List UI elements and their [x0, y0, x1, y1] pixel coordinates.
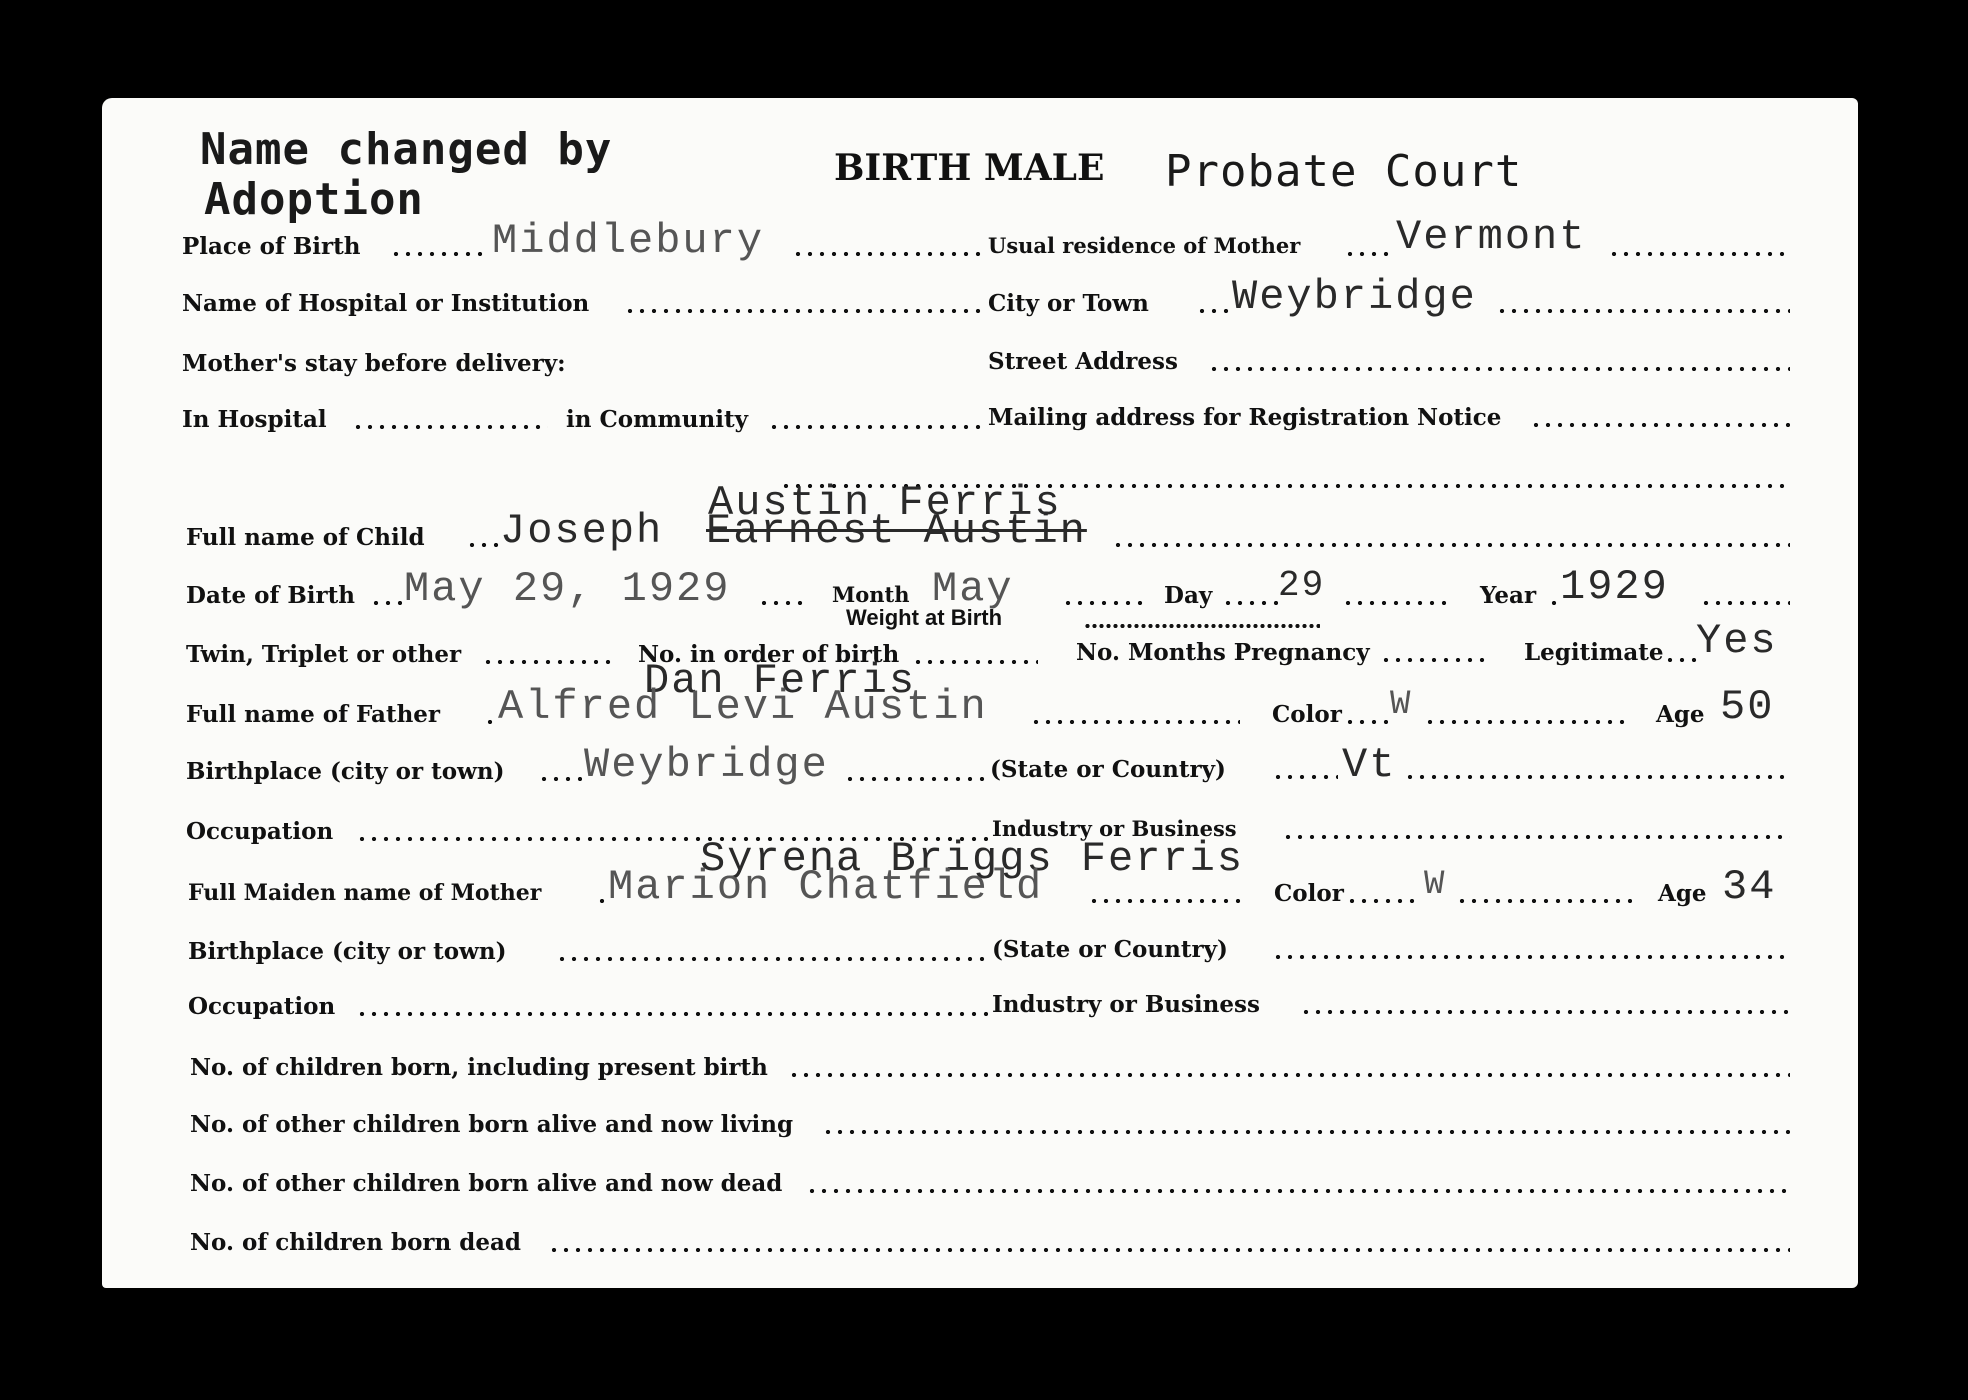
children-born-dead-label: No. of children born dead — [190, 1231, 521, 1254]
day-label: Day — [1164, 584, 1212, 607]
month-value[interactable]: May — [932, 568, 1014, 610]
children-living-label: No. of other children born alive and now… — [190, 1113, 793, 1136]
year-label: Year — [1480, 584, 1536, 607]
father-age-value[interactable]: 50 — [1720, 686, 1774, 728]
mailing-address-label: Mailing address for Registration Notice — [988, 406, 1501, 429]
mother-occupation-label: Occupation — [188, 995, 335, 1018]
father-age-label: Age — [1656, 703, 1705, 726]
mother-color-value[interactable]: W — [1424, 868, 1446, 902]
usual-residence-label: Usual residence of Mother — [988, 235, 1300, 256]
legitimate-label: Legitimate — [1524, 641, 1663, 664]
day-value[interactable]: 29 — [1278, 568, 1325, 604]
father-occupation-label: Occupation — [186, 820, 333, 843]
mother-age-label: Age — [1658, 882, 1707, 905]
father-name-label: Full name of Father — [186, 703, 440, 726]
year-value[interactable]: 1929 — [1560, 566, 1669, 608]
city-or-town-label: City or Town — [988, 292, 1149, 315]
legitimate-value[interactable]: Yes — [1696, 620, 1778, 662]
children-born-label: No. of children born, including present … — [190, 1056, 768, 1079]
adoption-note: Adoption — [204, 178, 424, 222]
father-state-label: (State or Country) — [990, 758, 1226, 781]
form-title: BIRTH MALE — [834, 150, 1104, 186]
mother-state-label: (State or Country) — [992, 938, 1228, 961]
city-or-town-value[interactable]: Weybridge — [1232, 276, 1477, 318]
child-first-name-value[interactable]: Joseph — [500, 510, 663, 552]
father-state-value[interactable]: Vt — [1342, 744, 1396, 786]
weight-at-birth-label: Weight at Birth — [846, 607, 1002, 629]
hospital-label: Name of Hospital or Institution — [182, 292, 589, 315]
father-color-value[interactable]: W — [1390, 688, 1412, 722]
in-community-label: in Community — [566, 408, 748, 431]
children-now-dead-label: No. of other children born alive and now… — [190, 1172, 782, 1195]
mother-color-label: Color — [1274, 882, 1344, 905]
months-pregnancy-label: No. Months Pregnancy — [1076, 641, 1370, 664]
usual-residence-value[interactable]: Vermont — [1396, 216, 1586, 258]
place-of-birth-label: Place of Birth — [182, 235, 360, 258]
month-label: Month — [832, 584, 910, 605]
mother-name-label: Full Maiden name of Mother — [188, 882, 541, 904]
twin-triplet-label: Twin, Triplet or other — [186, 643, 461, 666]
mother-industry-label: Industry or Business — [992, 993, 1260, 1016]
mother-age-value[interactable]: 34 — [1722, 866, 1776, 908]
in-hospital-label: In Hospital — [182, 408, 327, 431]
mother-birthplace-label: Birthplace (city or town) — [188, 940, 506, 963]
father-birthplace-value[interactable]: Weybridge — [584, 744, 829, 786]
child-struck-name: Earnest Austin — [706, 510, 1087, 552]
mother-name-value[interactable]: Marion Chatfield — [608, 866, 1043, 908]
father-color-label: Color — [1272, 703, 1342, 726]
date-of-birth-value[interactable]: May 29, 1929 — [404, 568, 730, 610]
name-changed-note: Name changed by — [200, 128, 612, 172]
mothers-stay-label: Mother's stay before delivery: — [182, 352, 566, 375]
place-of-birth-value[interactable]: Middlebury — [492, 220, 764, 262]
date-of-birth-label: Date of Birth — [186, 584, 355, 607]
father-birthplace-label: Birthplace (city or town) — [186, 760, 504, 783]
probate-court-note: Probate Court — [1165, 150, 1522, 194]
child-name-label: Full name of Child — [186, 526, 425, 549]
father-name-value[interactable]: Alfred Levi Austin — [498, 686, 988, 728]
street-address-label: Street Address — [988, 350, 1178, 373]
